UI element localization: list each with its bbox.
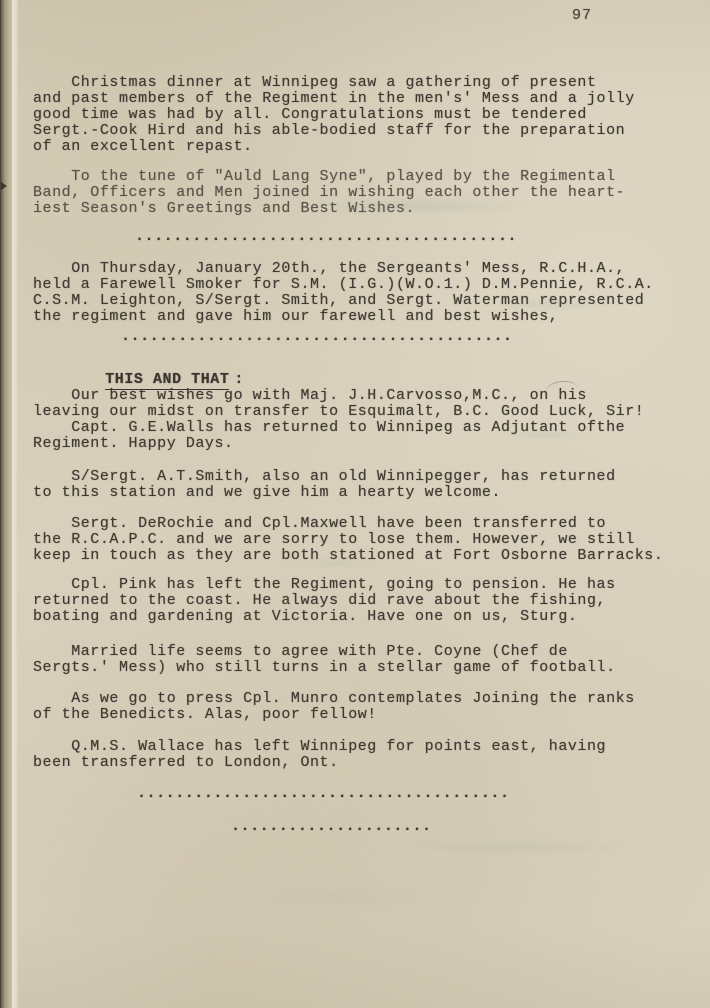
paragraph-munro-benedicts: As we go to press Cpl. Munro contemplate… (33, 691, 635, 723)
paragraph-derochie-maxwell: Sergt. DeRochie and Cpl.Maxwell have bee… (33, 516, 663, 564)
page-edge-highlight (12, 0, 18, 1008)
dotted-separator-2: ........................................… (121, 329, 513, 345)
edge-arrow-mark (1, 182, 7, 190)
paragraph-wallace-london: Q.M.S. Wallace has left Winnipeg for poi… (33, 739, 606, 771)
dotted-separator-3: ....................................... (137, 786, 510, 802)
paragraph-christmas-dinner: Christmas dinner at Winnipeg saw a gathe… (33, 75, 635, 155)
page-binding-edge (0, 0, 12, 1008)
dotted-separator-1: ........................................ (135, 229, 517, 245)
paragraph-pink-pension: Cpl. Pink has left the Regiment, going t… (33, 577, 616, 625)
dotted-separator-4: ..................... (231, 819, 432, 835)
paragraph-auld-lang-syne: To the tune of "Auld Lang Syne", played … (33, 169, 625, 217)
paragraph-coyne-married: Married life seems to agree with Pte. Co… (33, 644, 616, 676)
paragraph-carvosso-walls: Our best wishes go with Maj. J.H.Carvoss… (33, 388, 644, 452)
show-through-smudge (240, 880, 440, 914)
section-heading-colon: : (234, 371, 244, 388)
paragraph-smith-return: S/Sergt. A.T.Smith, also an old Winnipeg… (33, 469, 616, 501)
paragraph-farewell-smoker: On Thursday, January 20th., the Sergeant… (33, 261, 654, 325)
show-through-smudge (380, 838, 640, 856)
page-number: 97 (572, 8, 592, 24)
scanned-document-page: 97 Christmas dinner at Winnipeg saw a ga… (0, 0, 710, 1008)
